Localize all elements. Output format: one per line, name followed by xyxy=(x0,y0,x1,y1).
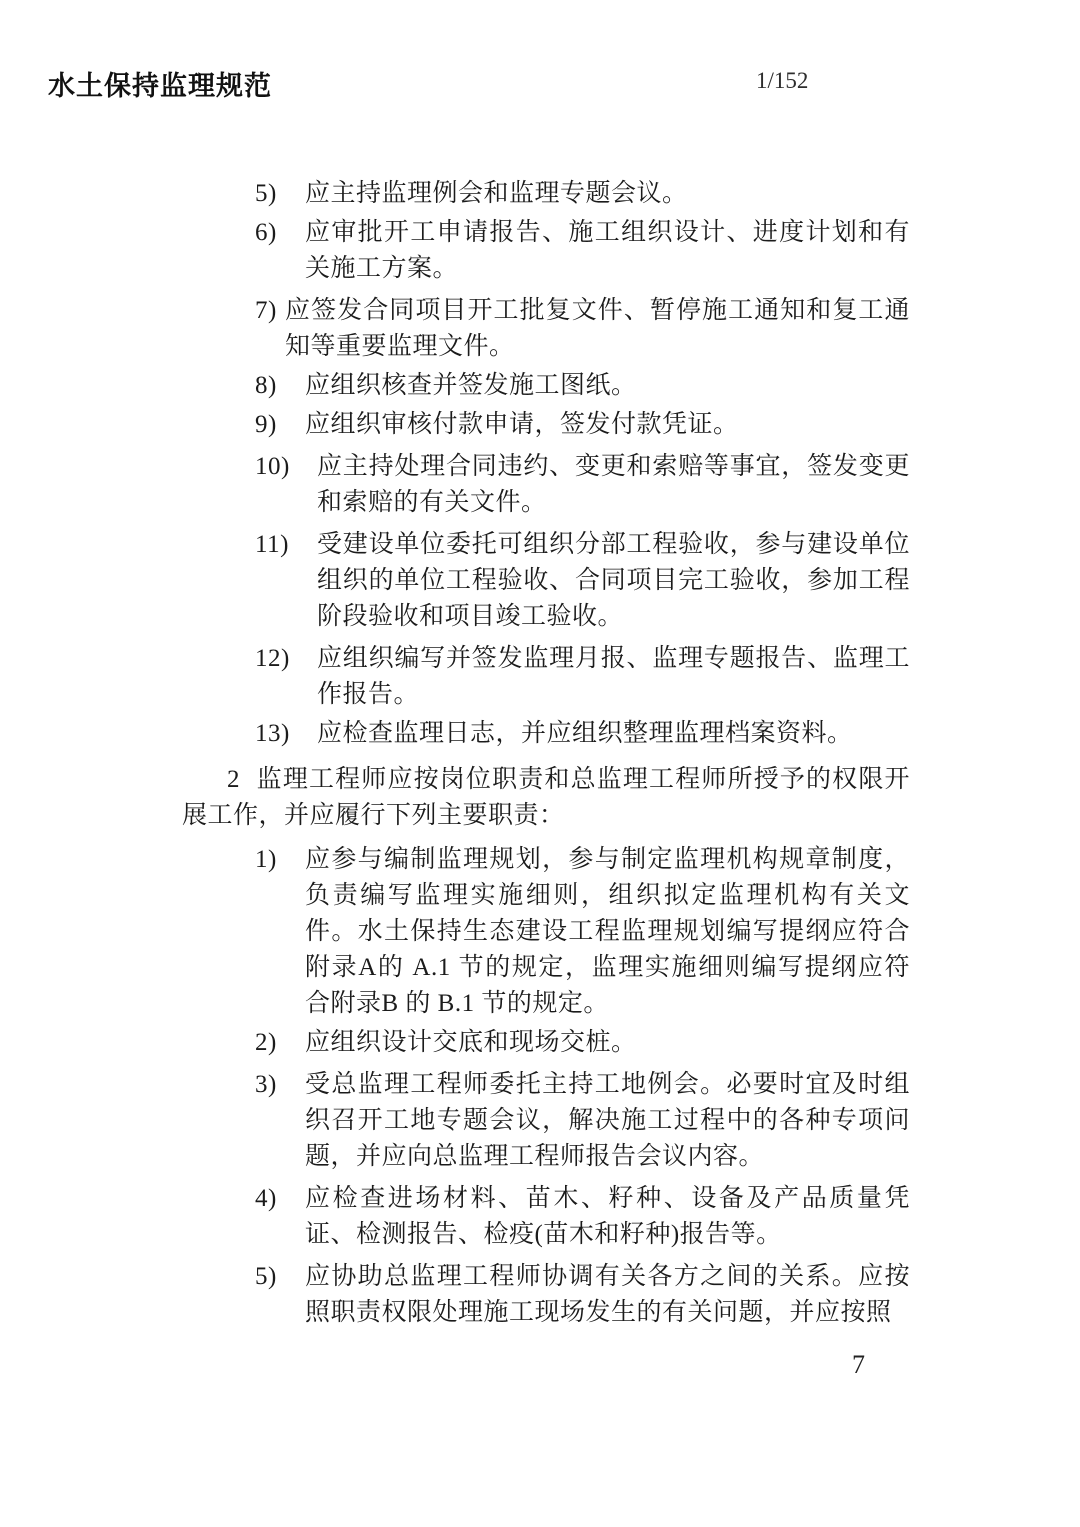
list-item: 8) 应组织核查并签发施工图纸。 xyxy=(182,368,910,404)
list-item: 5) 应协助总监理工程师协调有关各方之间的关系。应按照职责权限处理施工现场发生的… xyxy=(182,1259,910,1331)
list-item: 3) 受总监理工程师委托主持工地例会。必要时宜及时组织召开工地专题会议，解决施工… xyxy=(182,1067,910,1175)
item-number: 1) xyxy=(255,842,305,1022)
list-item: 5) 应主持监理例会和监理专题会议。 xyxy=(182,176,910,212)
list-item: 7) 应签发合同项目开工批复文件、暂停施工通知和复工通知等重要监理文件。 xyxy=(182,293,910,365)
item-number: 7) xyxy=(255,293,285,365)
item-number: 5) xyxy=(255,176,305,212)
item-text: 受总监理工程师委托主持工地例会。必要时宜及时组织召开工地专题会议，解决施工过程中… xyxy=(305,1067,910,1175)
page-indicator: 1/152 xyxy=(756,68,808,94)
list-item: 1) 应参与编制监理规划，参与制定监理机构规章制度，负责编写监理实施细则，组织拟… xyxy=(182,842,910,1022)
document-page: 水土保持监理规范 1/152 5) 应主持监理例会和监理专题会议。 6) 应审批… xyxy=(0,0,1080,1527)
item-number: 12) xyxy=(255,641,317,713)
list-item: 9) 应组织审核付款申请，签发付款凭证。 xyxy=(182,407,910,443)
item-text: 应参与编制监理规划，参与制定监理机构规章制度，负责编写监理实施细则，组织拟定监理… xyxy=(305,842,910,1022)
list-item: 13) 应检查监理日志，并应组织整理监理档案资料。 xyxy=(182,716,910,752)
page-number: 7 xyxy=(852,1350,865,1380)
item-text: 受建设单位委托可组织分部工程验收，参与建设单位组织的单位工程验收、合同项目完工验… xyxy=(317,527,910,635)
item-number: 3) xyxy=(255,1067,305,1175)
item-text: 应检查进场材料、苗木、籽种、设备及产品质量凭证、检测报告、检疫(苗木和籽种)报告… xyxy=(305,1181,910,1253)
item-text: 应签发合同项目开工批复文件、暂停施工通知和复工通知等重要监理文件。 xyxy=(285,293,910,365)
item-number: 9) xyxy=(255,407,305,443)
item-number: 5) xyxy=(255,1259,305,1331)
list-item: 11) 受建设单位委托可组织分部工程验收，参与建设单位组织的单位工程验收、合同项… xyxy=(182,527,910,635)
list-item: 12) 应组织编写并签发监理月报、监理专题报告、监理工作报告。 xyxy=(182,641,910,713)
item-number: 6) xyxy=(255,215,305,287)
item-text: 应主持监理例会和监理专题会议。 xyxy=(305,176,910,212)
list-item: 4) 应检查进场材料、苗木、籽种、设备及产品质量凭证、检测报告、检疫(苗木和籽种… xyxy=(182,1181,910,1253)
item-text: 应协助总监理工程师协调有关各方之间的关系。应按照职责权限处理施工现场发生的有关问… xyxy=(305,1259,910,1331)
item-number: 11) xyxy=(255,527,317,635)
paragraph-clause-2: 2监理工程师应按岗位职责和总监理工程师所授予的权限开展工作，并应履行下列主要职责… xyxy=(182,762,910,834)
list-item: 10) 应主持处理合同违约、变更和索赔等事宜，签发变更和索赔的有关文件。 xyxy=(182,449,910,521)
document-header-title: 水土保持监理规范 xyxy=(48,64,272,103)
item-text: 应主持处理合同违约、变更和索赔等事宜，签发变更和索赔的有关文件。 xyxy=(317,449,910,521)
item-number: 13) xyxy=(255,716,317,752)
item-text: 应检查监理日志，并应组织整理监理档案资料。 xyxy=(317,716,910,752)
item-text: 应组织审核付款申请，签发付款凭证。 xyxy=(305,407,910,443)
list-item: 2) 应组织设计交底和现场交桩。 xyxy=(182,1025,910,1061)
item-number: 8) xyxy=(255,368,305,404)
paragraph-text: 监理工程师应按岗位职责和总监理工程师所授予的权限开展工作，并应履行下列主要职责： xyxy=(182,766,910,829)
item-number: 2) xyxy=(255,1025,305,1061)
item-text: 应审批开工申请报告、施工组织设计、进度计划和有关施工方案。 xyxy=(305,215,910,287)
item-number: 10) xyxy=(255,449,317,521)
document-body: 5) 应主持监理例会和监理专题会议。 6) 应审批开工申请报告、施工组织设计、进… xyxy=(182,176,910,1334)
item-text: 应组织核查并签发施工图纸。 xyxy=(305,368,910,404)
item-text: 应组织编写并签发监理月报、监理专题报告、监理工作报告。 xyxy=(317,641,910,713)
item-number: 4) xyxy=(255,1181,305,1253)
item-text: 应组织设计交底和现场交桩。 xyxy=(305,1025,910,1061)
list-item: 6) 应审批开工申请报告、施工组织设计、进度计划和有关施工方案。 xyxy=(182,215,910,287)
paragraph-number: 2 xyxy=(227,766,240,793)
